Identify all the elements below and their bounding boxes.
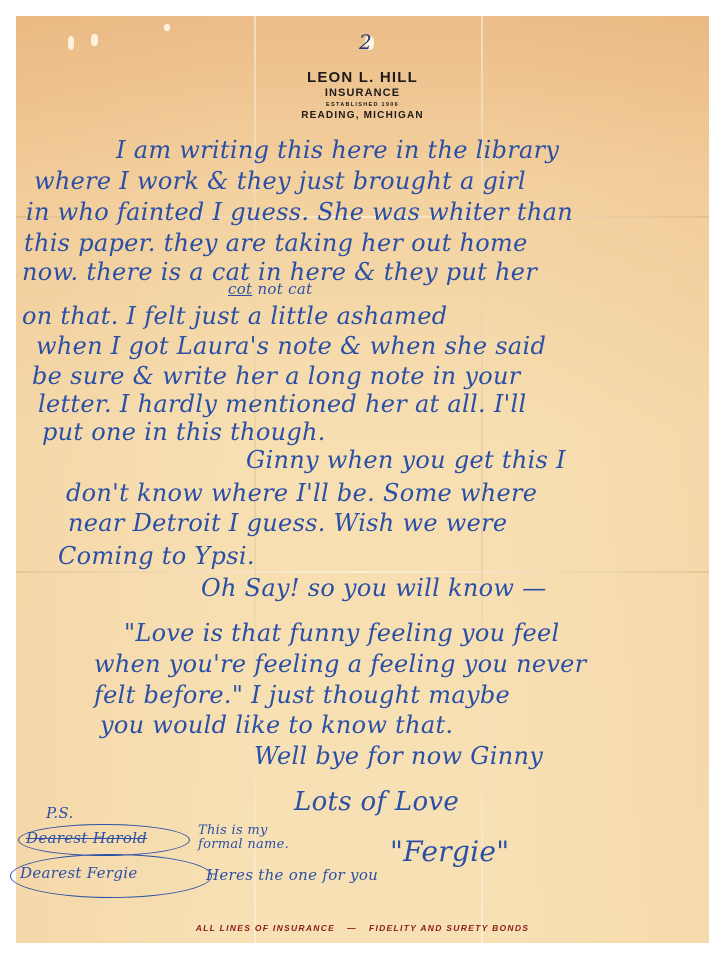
letter-line: Well bye for now Ginny <box>254 744 543 768</box>
letter-line: when you're feeling a feeling you never <box>94 652 586 676</box>
letter-line: Oh Say! so you will know — <box>201 576 546 600</box>
correction-text: not cat <box>257 280 312 298</box>
valediction: Lots of Love <box>294 789 459 815</box>
letter-line: I am writing this here in the library <box>116 138 559 162</box>
ps-struck-name: Dearest Harold <box>26 831 147 846</box>
letter-line: you would like to know that. <box>100 713 453 737</box>
letterhead-established: ESTABLISHED 1906 <box>16 102 709 108</box>
letter-line: this paper. they are taking her out home <box>24 231 528 255</box>
letter-line: where I work & they just brought a girl <box>34 169 526 193</box>
ps-struck-note: This is my formal name. <box>198 824 308 853</box>
letter-line: in who fainted I guess. She was whiter t… <box>26 200 573 224</box>
correction-word: cot <box>228 280 252 298</box>
correction-note: cot not cat <box>228 282 312 297</box>
letter-line: when I got Laura's note & when she said <box>36 334 546 358</box>
signature: "Fergie" <box>390 838 509 866</box>
letterhead-business: INSURANCE <box>16 87 709 99</box>
footer-separator: — <box>347 923 357 933</box>
letter-line: don't know where I'll be. Some where <box>66 481 537 505</box>
fold-crease <box>16 571 709 573</box>
letterhead: LEON L. HILL INSURANCE ESTABLISHED 1906 … <box>16 69 709 121</box>
letterhead-name: LEON L. HILL <box>16 69 709 86</box>
pin-hole <box>164 24 170 31</box>
page-number: 2 <box>359 30 372 54</box>
letter-line: on that. I felt just a little ashamed <box>22 304 447 328</box>
ps-label: P.S. <box>46 806 74 821</box>
letter-line: Coming to Ypsi. <box>58 544 255 568</box>
footer-right: FIDELITY AND SURETY BONDS <box>369 923 529 933</box>
letter-line: be sure & write her a long note in your <box>32 364 521 388</box>
letter-page: 2 LEON L. HILL INSURANCE ESTABLISHED 190… <box>16 16 709 943</box>
footer-left: ALL LINES OF INSURANCE <box>196 923 335 933</box>
ps-note: Heres the one for you <box>206 868 378 883</box>
letter-line: put one in this though. <box>42 420 326 444</box>
letter-line: near Detroit I guess. Wish we were <box>68 511 507 535</box>
pin-hole <box>68 36 74 50</box>
pin-hole <box>91 34 98 46</box>
letterhead-location: READING, MICHIGAN <box>16 110 709 121</box>
letter-line: felt before." I just thought maybe <box>94 683 510 707</box>
letter-line: "Love is that funny feeling you feel <box>124 621 560 645</box>
letter-line: letter. I hardly mentioned her at all. I… <box>38 392 526 416</box>
letter-line: Ginny when you get this I <box>246 448 566 472</box>
letterhead-footer: ALL LINES OF INSURANCE—FIDELITY AND SURE… <box>16 923 709 933</box>
ps-name: Dearest Fergie <box>20 866 138 881</box>
